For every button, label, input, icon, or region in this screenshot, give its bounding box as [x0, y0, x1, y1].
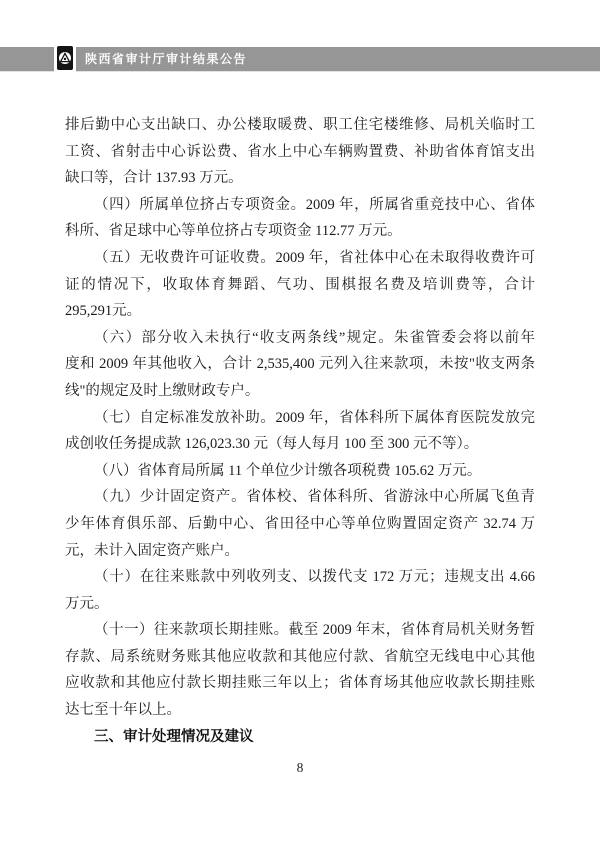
paragraph-line: 应收款和其他应付款长期挂账三年以上；省体育场其他应收款长期挂账 [65, 670, 535, 697]
document-body: 排后勤中心支出缺口、办公楼取暖费、职工住宅楼维修、局机关临时工工资、省射击中心诉… [65, 112, 535, 750]
paragraph-line: 工资、省射击中心诉讼费、省水上中心车辆购置费、补助省体育馆支出 [65, 139, 535, 166]
paragraph-line: 证的情况下，收取体育舞蹈、气功、围棋报名费及培训费等，合计 [65, 272, 535, 299]
logo-slot [54, 43, 76, 73]
paragraph-line: 少年体育俱乐部、后勤中心、省田径中心等单位购置固定资产 32.74 万 [65, 511, 535, 538]
paragraph-line: 缺口等，合计 137.93 万元。 [65, 165, 535, 192]
section-heading: 三、审计处理情况及建议 [65, 724, 535, 751]
paragraph-line: 295,291元。 [65, 298, 535, 325]
paragraph-line: 度和 2009 年其他收入，合计 2,535,400 元列入往来款项，未按"收支… [65, 351, 535, 378]
page-number: 8 [0, 760, 600, 776]
paragraph-line: （十一）往来款项长期挂账。截至 2009 年末，省体育局机关财务暂 [65, 617, 535, 644]
paragraph-line: （九）少计固定资产。省体校、省体科所、省游泳中心所属飞鱼青 [65, 484, 535, 511]
paragraph-line: 排后勤中心支出缺口、办公楼取暖费、职工住宅楼维修、局机关临时工 [65, 112, 535, 139]
paragraph-line: 线"的规定及时上缴财政专户。 [65, 378, 535, 405]
paragraph-line: 元，未计入固定资产账户。 [65, 538, 535, 565]
paragraph-line: 存款、局系统财务账其他应收款和其他应付款、省航空无线电中心其他 [65, 644, 535, 671]
paragraph-line: （七）自定标准发放补助。2009 年，省体科所下属体育医院发放完 [65, 405, 535, 432]
paragraph-line: （十）在往来账款中列收列支、以拨代支 172 万元；违规支出 4.66 [65, 564, 535, 591]
paragraph-line: 成创收任务提成款 126,023.30 元（每人每月 100 至 300 元不等… [65, 431, 535, 458]
paragraph-line: （五）无收费许可证收费。2009 年，省社体中心在未取得收费许可 [65, 245, 535, 272]
header-title: 陕西省审计厅审计结果公告 [85, 47, 247, 71]
paragraph-line: 万元。 [65, 591, 535, 618]
paragraph-line: 达七至十年以上。 [65, 697, 535, 724]
paragraph-line: 科所、省足球中心等单位挤占专项资金 112.77 万元。 [65, 218, 535, 245]
paragraph-line: （四）所属单位挤占专项资金。2009 年，所属省重竞技中心、省体 [65, 192, 535, 219]
document-page: 陕西省审计厅审计结果公告 排后勤中心支出缺口、办公楼取暖费、职工住宅楼维修、局机… [0, 0, 600, 849]
paragraph-line: （六）部分收入未执行“收支两条线”规定。朱雀管委会将以前年 [65, 325, 535, 352]
paragraph-line: （八）省体育局所属 11 个单位少计缴各项税费 105.62 万元。 [65, 458, 535, 485]
audit-emblem-icon [57, 46, 73, 70]
